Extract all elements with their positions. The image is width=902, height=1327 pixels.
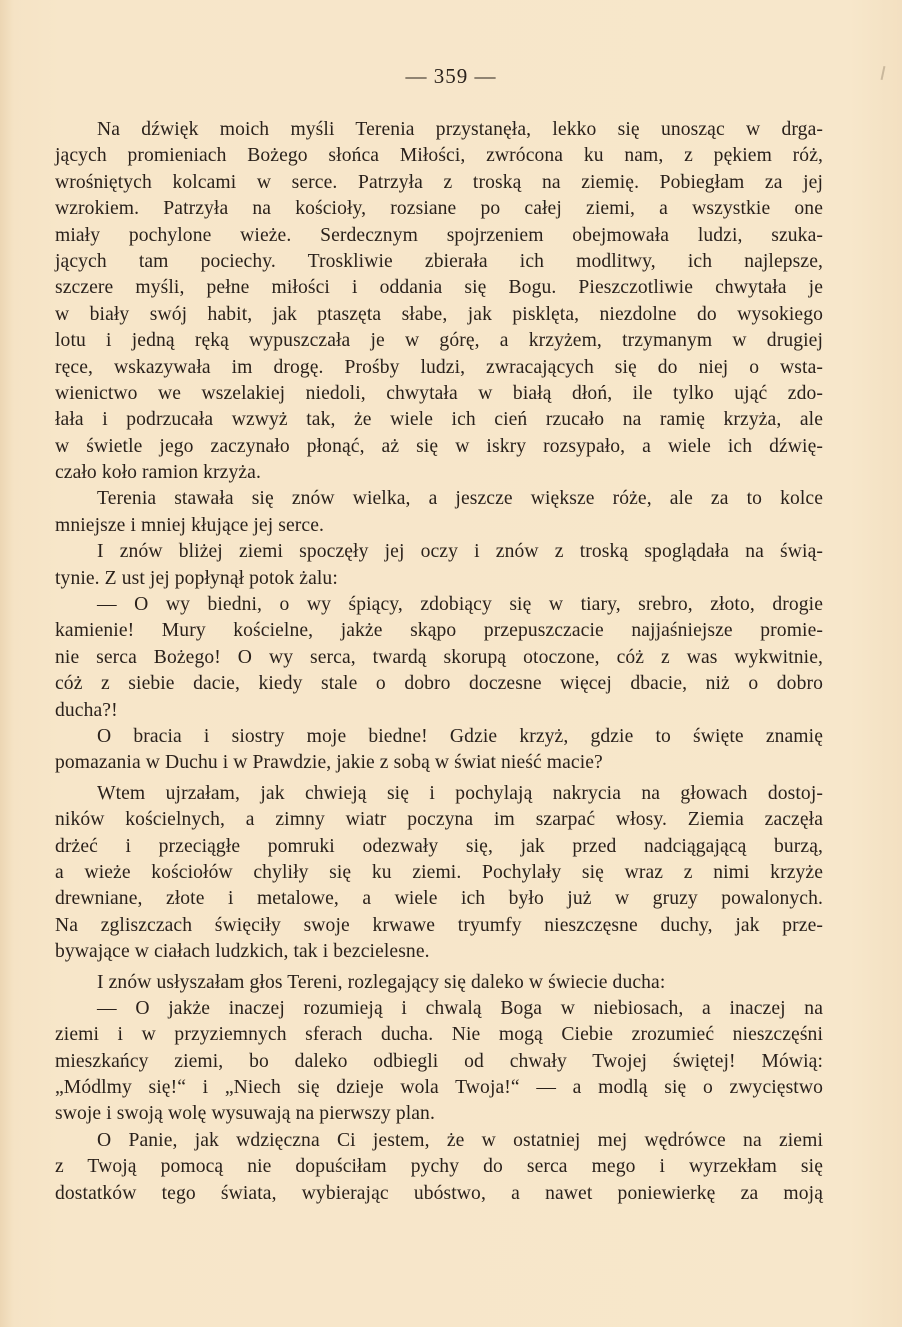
paragraph: I znów usłyszałam głos Tereni, rozlegają…	[55, 970, 823, 996]
text-line: mieszkańcy ziemi, bo daleko odbiegli od …	[55, 1049, 823, 1075]
text-line: dostatków tego świata, wybierając ubóstw…	[55, 1181, 823, 1207]
text-line: „Módlmy się!“ i „Niech się dzieje wola T…	[55, 1075, 823, 1101]
book-page: — 359 — Na dźwięk moich myśli Terenia pr…	[0, 0, 902, 1327]
text-line: drewniane, złote i metalowe, a wiele ich…	[55, 886, 823, 912]
text-line: a wieże kościołów chyliły się ku ziemi. …	[55, 860, 823, 886]
text-line: O Panie, jak wdzięczna Ci jestem, że w o…	[55, 1128, 823, 1154]
text-line: drżeć i przeciągłe pomruki odezwały się,…	[55, 834, 823, 860]
text-line: I znów bliżej ziemi spoczęły jej oczy i …	[55, 539, 823, 565]
text-line: — O wy biedni, o wy śpiący, zdobiący się…	[55, 592, 823, 618]
text-line: miały pochylone wieże. Serdecznym spojrz…	[55, 223, 823, 249]
text-line: Na zgliszczach święciły swoje krwawe try…	[55, 913, 823, 939]
paragraph: Na dźwięk moich myśli Terenia przystanęł…	[55, 117, 823, 486]
text-line: Na dźwięk moich myśli Terenia przystanęł…	[55, 117, 823, 143]
paragraph: Wtem ujrzałam, jak chwieją się i pochyla…	[55, 781, 823, 966]
paragraph: I znów bliżej ziemi spoczęły jej oczy i …	[55, 539, 823, 592]
text-line: ducha?!	[55, 698, 823, 724]
paragraph: Terenia stawała się znów wielka, a jeszc…	[55, 486, 823, 539]
text-line: Wtem ujrzałam, jak chwieją się i pochyla…	[55, 781, 823, 807]
text-line: swoje i swoją wolę wysuwają na pierwszy …	[55, 1101, 823, 1127]
text-line: wienictwo we wszelakiej niedoli, chwytał…	[55, 381, 823, 407]
text-line: kamienie! Mury kościelne, jakże skąpo pr…	[55, 618, 823, 644]
text-line: w biały swój habit, jak ptaszęta słabe, …	[55, 302, 823, 328]
paragraph: O bracia i siostry moje biedne! Gdzie kr…	[55, 724, 823, 777]
paragraph: — O jakże inaczej rozumieją i chwalą Bog…	[55, 996, 823, 1128]
text-line: mniejsze i mniej kłujące jej serce.	[55, 513, 823, 539]
text-line: łała i podrzucała wzwyż tak, że wiele ic…	[55, 407, 823, 433]
text-line: bywające w ciałach ludzkich, tak i bezci…	[55, 939, 823, 965]
text-line: lotu i jedną ręką wypuszczała je w górę,…	[55, 328, 823, 354]
text-line: tynie. Z ust jej popłynął potok żalu:	[55, 566, 823, 592]
text-line: ręce, wskazywała im drogę. Prośby ludzi,…	[55, 355, 823, 381]
text-line: wrośniętych kolcami w serce. Patrzyła z …	[55, 170, 823, 196]
text-line: — O jakże inaczej rozumieją i chwalą Bog…	[55, 996, 823, 1022]
text-line: I znów usłyszałam głos Tereni, rozlegają…	[55, 970, 823, 996]
text-line: jących promieniach Bożego słońca Miłości…	[55, 143, 823, 169]
text-line: z Twoją pomocą nie dopuściłam pychy do s…	[55, 1154, 823, 1180]
page-body: Na dźwięk moich myśli Terenia przystanęł…	[55, 117, 823, 1207]
paragraph: — O wy biedni, o wy śpiący, zdobiący się…	[55, 592, 823, 724]
text-line: O bracia i siostry moje biedne! Gdzie kr…	[55, 724, 823, 750]
paragraph: O Panie, jak wdzięczna Ci jestem, że w o…	[55, 1128, 823, 1207]
text-line: szczere myśli, pełne miłości i oddania s…	[55, 275, 823, 301]
text-line: czało koło ramion krzyża.	[55, 460, 823, 486]
text-line: Terenia stawała się znów wielka, a jeszc…	[55, 486, 823, 512]
text-line: w świetle jego zaczynało płonąć, aż się …	[55, 434, 823, 460]
text-line: ziemi i w przyziemnych sferach ducha. Ni…	[55, 1022, 823, 1048]
text-line: jących tam pociechy. Troskliwie zbierała…	[55, 249, 823, 275]
text-line: nie serca Bożego! O wy serca, twardą sko…	[55, 645, 823, 671]
page-number: — 359 —	[0, 64, 902, 89]
text-line: cóż z siebie dacie, kiedy stale o dobro …	[55, 671, 823, 697]
text-line: wzrokiem. Patrzyła na kościoły, rozsiane…	[55, 196, 823, 222]
text-line: pomazania w Duchu i w Prawdzie, jakie z …	[55, 750, 823, 776]
text-line: ników kościelnych, a zimny wiatr poczyna…	[55, 807, 823, 833]
